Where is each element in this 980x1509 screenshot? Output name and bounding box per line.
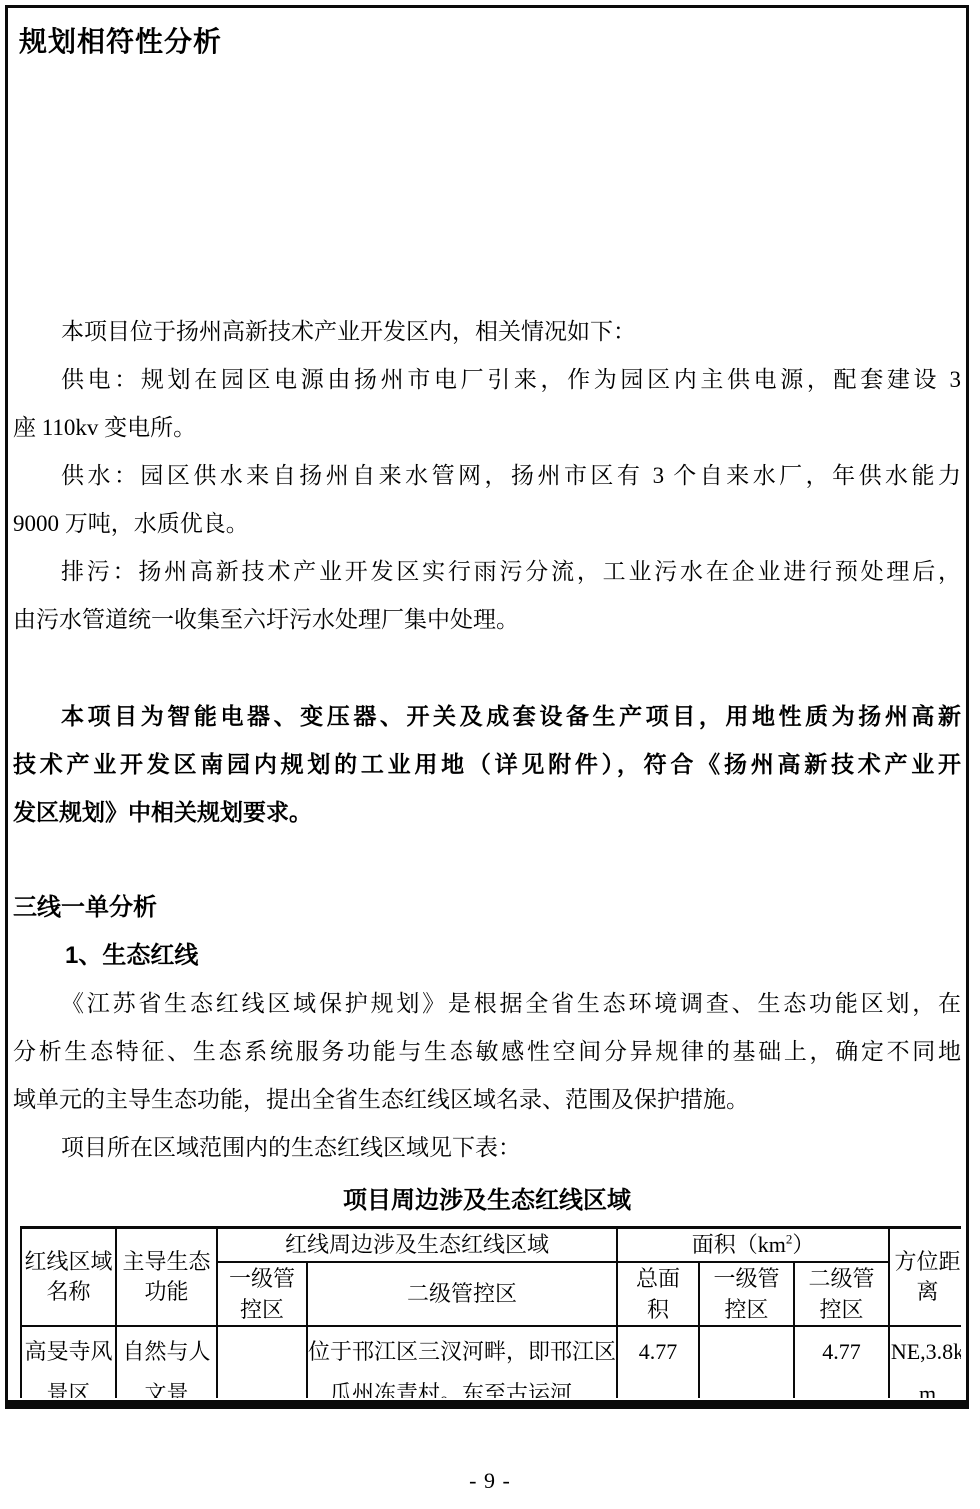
cell-direction-distance: NE,3.8km: [889, 1326, 961, 1399]
paragraph-line: 发区规划》中相关规划要求。: [13, 788, 961, 836]
redline-table-container: 红线区域名称 主导生态功能 红线周边涉及生态红线区域 面积（km2） 方位距离 …: [20, 1226, 961, 1398]
paragraph-line: 项目所在区域范围内的生态红线区域见下表：: [13, 1124, 961, 1172]
paragraph-line: 本项目位于扬州高新技术产业开发区内，相关情况如下：: [13, 308, 961, 356]
paragraph-line: 供电：规划在园区电源由扬州市电厂引来，作为园区内主供电源，配套建设 3: [13, 356, 961, 404]
body-text-block: 本项目位于扬州高新技术产业开发区内，相关情况如下： 供电：规划在园区电源由扬州市…: [13, 308, 961, 1398]
table-header-row-group: 红线区域名称 主导生态功能 红线周边涉及生态红线区域 面积（km2） 方位距离: [21, 1228, 961, 1262]
paragraph-line: 排污：扬州高新技术产业开发区实行雨污分流，工业污水在企业进行预处理后，: [13, 548, 961, 596]
header-group-surrounding: 红线周边涉及生态红线区域: [217, 1228, 617, 1262]
body-paragraph: 排污：扬州高新技术产业开发区实行雨污分流，工业污水在企业进行预处理后， 由污水管…: [13, 548, 961, 644]
header-total-area: 总面积: [617, 1262, 699, 1326]
section-title: 规划相符性分析: [19, 24, 961, 60]
header-redline-name: 红线区域名称: [21, 1228, 116, 1326]
cell-level2-description: 位于邗江区三汊河畔，即邗江区瓜州冻青村。东至古运河，: [307, 1326, 617, 1399]
paragraph-line: 供水：园区供水来自扬州自来水管网，扬州市区有 3 个自来水厂，年供水能力: [13, 452, 961, 500]
cell-total-area: 4.77: [617, 1326, 699, 1399]
body-paragraph: 供水：园区供水来自扬州自来水管网，扬州市区有 3 个自来水厂，年供水能力 900…: [13, 452, 961, 548]
heading-sanxian-analysis: 三线一单分析: [13, 884, 961, 932]
table-row: 高旻寺风景区 自然与人文景 位于邗江区三汊河畔，即邗江区瓜州冻青村。东至古运河，…: [21, 1326, 961, 1399]
redline-table: 红线区域名称 主导生态功能 红线周边涉及生态红线区域 面积（km2） 方位距离 …: [20, 1226, 961, 1398]
paragraph-line: 9000 万吨，水质优良。: [13, 500, 961, 548]
page-number: - 9 -: [0, 1468, 980, 1494]
body-paragraph: 项目所在区域范围内的生态红线区域见下表：: [13, 1124, 961, 1172]
paragraph-line: 分析生态特征、生态系统服务功能与生态敏感性空间分异规律的基础上，确定不同地: [13, 1028, 961, 1076]
paragraph-line: 技术产业开发区南园内规划的工业用地（详见附件），符合《扬州高新技术产业开: [13, 740, 961, 788]
header-direction-distance: 方位距离: [889, 1228, 961, 1326]
page-frame: 规划相符性分析 本项目位于扬州高新技术产业开发区内，相关情况如下： 供电：规划在…: [5, 5, 969, 1409]
header-main-function: 主导生态功能: [116, 1228, 217, 1326]
header-level1-zone: 一级管控区: [217, 1262, 307, 1326]
header-area-level1: 一级管控区: [699, 1262, 794, 1326]
paragraph-line: 座 110kv 变电所。: [13, 404, 961, 452]
body-paragraph: 供电：规划在园区电源由扬州市电厂引来，作为园区内主供电源，配套建设 3 座 11…: [13, 356, 961, 452]
paragraph-line: 《江苏省生态红线区域保护规划》是根据全省生态环境调查、生态功能区划，在: [13, 980, 961, 1028]
table-title: 项目周边涉及生态红线区域: [13, 1180, 961, 1222]
paragraph-line: 本项目为智能电器、变压器、开关及成套设备生产项目，用地性质为扬州高新: [13, 692, 961, 740]
body-paragraph: 本项目位于扬州高新技术产业开发区内，相关情况如下：: [13, 308, 961, 356]
cell-area-level2: 4.77: [794, 1326, 889, 1399]
paragraph-line: 由污水管道统一收集至六圩污水处理厂集中处理。: [13, 596, 961, 644]
header-area-level2: 二级管控区: [794, 1262, 889, 1326]
bold-summary-paragraph: 本项目为智能电器、变压器、开关及成套设备生产项目，用地性质为扬州高新 技术产业开…: [13, 692, 961, 836]
cell-main-function: 自然与人文景: [116, 1326, 217, 1399]
document-page: { "page": { "section_title": "规划相符性分析", …: [0, 0, 980, 1509]
cell-redline-name: 高旻寺风景区: [21, 1326, 116, 1399]
area-label-close: ）: [792, 1232, 814, 1257]
heading-eco-redline: 1、生态红线: [65, 932, 961, 980]
cell-area-level1: [699, 1326, 794, 1399]
body-paragraph: 《江苏省生态红线区域保护规划》是根据全省生态环境调查、生态功能区划，在 分析生态…: [13, 980, 961, 1124]
paragraph-line: 域单元的主导生态功能，提出全省生态红线区域名录、范围及保护措施。: [13, 1076, 961, 1124]
area-label: 面积（km: [692, 1232, 786, 1257]
cell-level1-zone: [217, 1326, 307, 1399]
header-level2-zone: 二级管控区: [307, 1262, 617, 1326]
header-group-area: 面积（km2）: [617, 1228, 889, 1262]
